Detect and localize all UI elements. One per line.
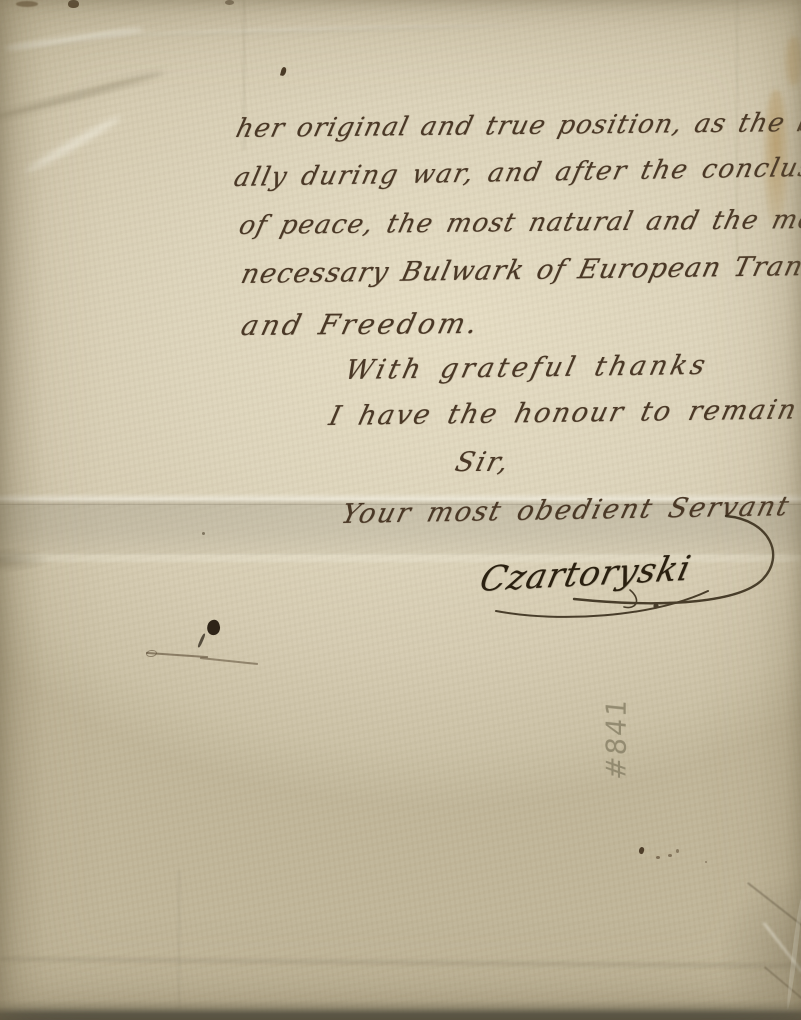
pencil-annotation: #841 (584, 692, 650, 784)
ink-speck (705, 861, 707, 863)
corner-crease-highlight (763, 922, 801, 973)
letter-page: her original and true position, as the b… (0, 0, 801, 1020)
ink-blot-tail (197, 633, 206, 648)
scan-edge (0, 1000, 801, 1020)
ink-scratch (200, 657, 258, 665)
handwriting-line: With grateful thanks (342, 350, 712, 386)
ink-speck (656, 856, 660, 859)
corner-crease-highlight (23, 113, 123, 176)
ink-speck (202, 532, 205, 535)
edge-notch-shadow (0, 548, 48, 572)
paper-crease (0, 957, 801, 969)
handwriting-line: necessary Bulwark of European Tranquilli… (238, 250, 801, 290)
corner-crease-shadow (0, 69, 166, 122)
ink-speck (676, 849, 679, 853)
ink-speck (280, 67, 287, 77)
ink-scratch-loop (146, 649, 158, 657)
ink-speck (68, 0, 79, 8)
paper-crease (90, 22, 520, 38)
handwriting-line: ally during war, and after the conclusio… (231, 152, 801, 193)
handwriting-line: Sir, (452, 447, 513, 478)
ink-speck (638, 846, 645, 854)
corner-crease (747, 882, 801, 928)
handwriting-line: I have the honour to remain (326, 394, 801, 432)
ink-scratch (146, 652, 208, 658)
ink-speck (225, 0, 234, 5)
stain-mark (786, 36, 801, 86)
handwriting-line: Your most obedient Servant (338, 491, 794, 530)
corner-crease-highlight (4, 24, 144, 53)
ink-blot (205, 619, 221, 637)
paper-crease (178, 870, 180, 1010)
signature: Czartoryski (476, 548, 695, 600)
handwriting-line: and Freedom. (238, 307, 484, 342)
corner-shading (721, 878, 801, 1008)
torn-edge-highlight (785, 898, 801, 1010)
ink-speck (16, 1, 38, 7)
pencil-annotation-text: #841 (602, 695, 633, 780)
paper-crease (736, 0, 738, 280)
corner-crease (764, 966, 801, 1004)
ink-speck (668, 854, 672, 857)
handwriting-line: of peace, the most natural and the most (236, 205, 801, 241)
handwriting-line: her original and true position, as the b… (233, 107, 801, 144)
